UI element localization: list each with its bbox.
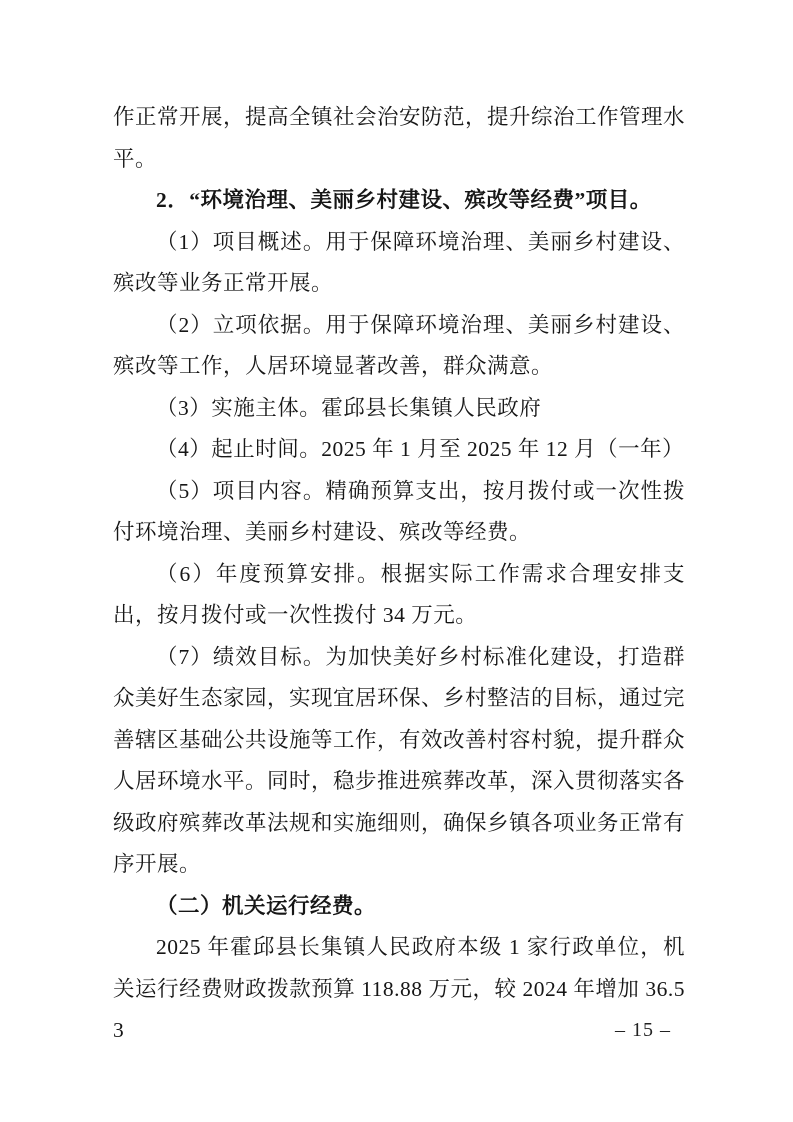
paragraph-4-time-span: （4）起止时间。2025 年 1 月至 2025 年 12 月（一年） bbox=[113, 429, 685, 471]
heading-project-2-environment-governance: 2．“环境治理、美丽乡村建设、殡改等经费”项目。 bbox=[113, 180, 685, 222]
paragraph-7-performance-goals: （7）绩效目标。为加快美好乡村标准化建设，打造群众美好生态家园，实现宜居环保、乡… bbox=[113, 637, 685, 886]
paragraph-3-implementing-body: （3）实施主体。霍邱县长集镇人民政府 bbox=[113, 388, 685, 430]
paragraph-6-annual-budget-arrangement: （6）年度预算安排。根据实际工作需求合理安排支出，按月拨付或一次性拨付 34 万… bbox=[113, 554, 685, 637]
page-footer: – 15 – bbox=[113, 1016, 685, 1044]
paragraph-2-project-basis: （2）立项依据。用于保障环境治理、美丽乡村建设、殡改等工作，人居环境显著改善，群… bbox=[113, 305, 685, 388]
document-page: 作正常开展，提高全镇社会治安防范，提升综治工作管理水平。 2．“环境治理、美丽乡… bbox=[0, 0, 793, 1122]
paragraph-5-project-content: （5）项目内容。精确预算支出，按月拨付或一次性拨付环境治理、美丽乡村建设、殡改等… bbox=[113, 471, 685, 554]
heading-section-2-agency-operating-funds: （二）机关运行经费。 bbox=[113, 886, 685, 928]
document-body: 作正常开展，提高全镇社会治安防范，提升综治工作管理水平。 2．“环境治理、美丽乡… bbox=[113, 97, 685, 1052]
page-number: – 15 – bbox=[615, 1019, 671, 1041]
paragraph-1-project-overview: （1）项目概述。用于保障环境治理、美丽乡村建设、殡改等业务正常开展。 bbox=[113, 222, 685, 305]
paragraph-continuation-public-security: 作正常开展，提高全镇社会治安防范，提升综治工作管理水平。 bbox=[113, 97, 685, 180]
